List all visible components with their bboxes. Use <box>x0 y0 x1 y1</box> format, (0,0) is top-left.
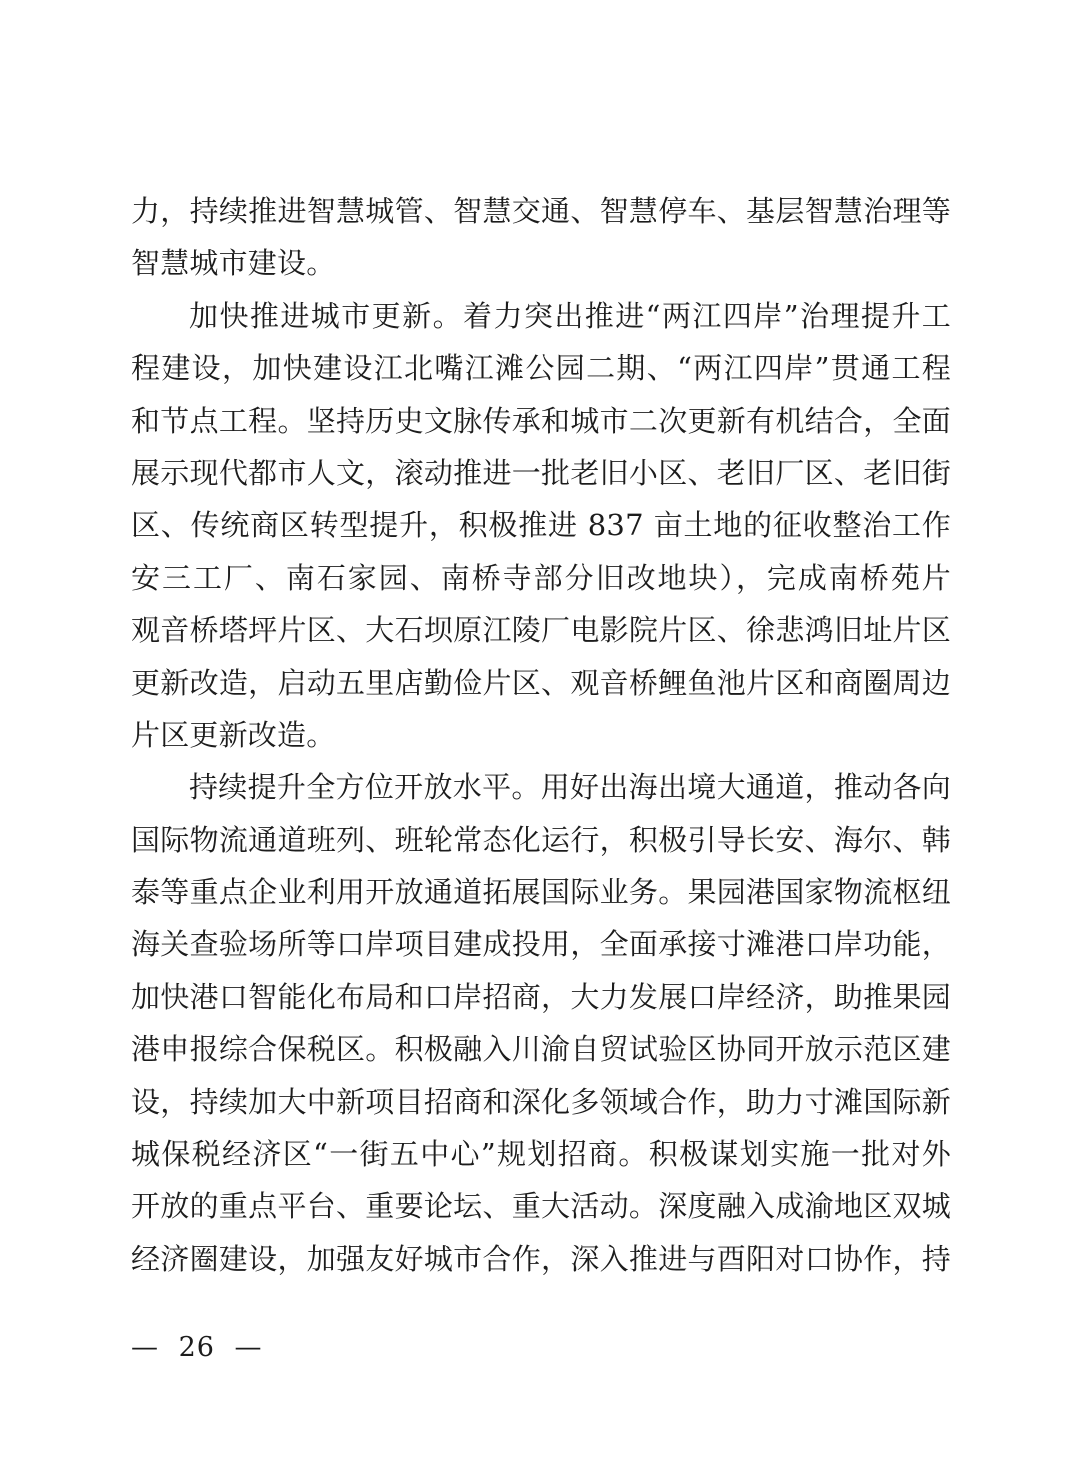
text-line: 安三工厂、南石家园、南桥寺部分旧改地块），完成南桥苑片区、 <box>131 552 951 604</box>
text-line: 港申报综合保税区。积极融入川渝自贸试验区协同开放示范区建 <box>131 1023 951 1075</box>
text-line: 持续提升全方位开放水平。用好出海出境大通道，推动各向 <box>131 761 951 813</box>
text-line: 城保税经济区“一街五中心”规划招商。积极谋划实施一批对外 <box>131 1128 951 1180</box>
text-line: 加快推进城市更新。着力突出推进“两江四岸”治理提升工 <box>131 290 951 342</box>
text-line: 展示现代都市人文，滚动推进一批老旧小区、老旧厂区、老旧街 <box>131 447 951 499</box>
document-page: 力，持续推进智慧城管、智慧交通、智慧停车、基层智慧治理等智慧城市建设。加快推进城… <box>0 0 1074 1458</box>
text-line: 程建设，加快建设江北嘴江滩公园二期、“两江四岸”贯通工程 <box>131 342 951 394</box>
text-line: 海关查验场所等口岸项目建成投用，全面承接寸滩港口岸功能， <box>131 918 951 970</box>
text-line: 和节点工程。坚持历史文脉传承和城市二次更新有机结合，全面 <box>131 395 951 447</box>
text-line: 力，持续推进智慧城管、智慧交通、智慧停车、基层智慧治理等 <box>131 185 951 237</box>
text-line: 观音桥塔坪片区、大石坝原江陵厂电影院片区、徐悲鸿旧址片区 <box>131 604 951 656</box>
text-line: 智慧城市建设。 <box>131 237 951 289</box>
document-body: 力，持续推进智慧城管、智慧交通、智慧停车、基层智慧治理等智慧城市建设。加快推进城… <box>131 185 951 1285</box>
text-line: 开放的重点平台、重要论坛、重大活动。深度融入成渝地区双城 <box>131 1180 951 1232</box>
text-line: 国际物流通道班列、班轮常态化运行，积极引导长安、海尔、韩 <box>131 814 951 866</box>
text-line: 区、传统商区转型提升，积极推进 837 亩土地的征收整治工作（长 <box>131 499 951 551</box>
text-line: 片区更新改造。 <box>131 709 951 761</box>
text-line: 加快港口智能化布局和口岸招商，大力发展口岸经济，助推果园 <box>131 971 951 1023</box>
page-footer: — 26 — <box>131 1332 263 1363</box>
text-line: 更新改造，启动五里店勤俭片区、观音桥鲤鱼池片区和商圈周边 <box>131 657 951 709</box>
text-line: 经济圈建设，加强友好城市合作，深入推进与酉阳对口协作，持 <box>131 1233 951 1285</box>
text-line: 设，持续加大中新项目招商和深化多领域合作，助力寸滩国际新 <box>131 1076 951 1128</box>
page-number: — 26 — <box>131 1332 263 1363</box>
text-line: 泰等重点企业利用开放通道拓展国际业务。果园港国家物流枢纽 <box>131 866 951 918</box>
